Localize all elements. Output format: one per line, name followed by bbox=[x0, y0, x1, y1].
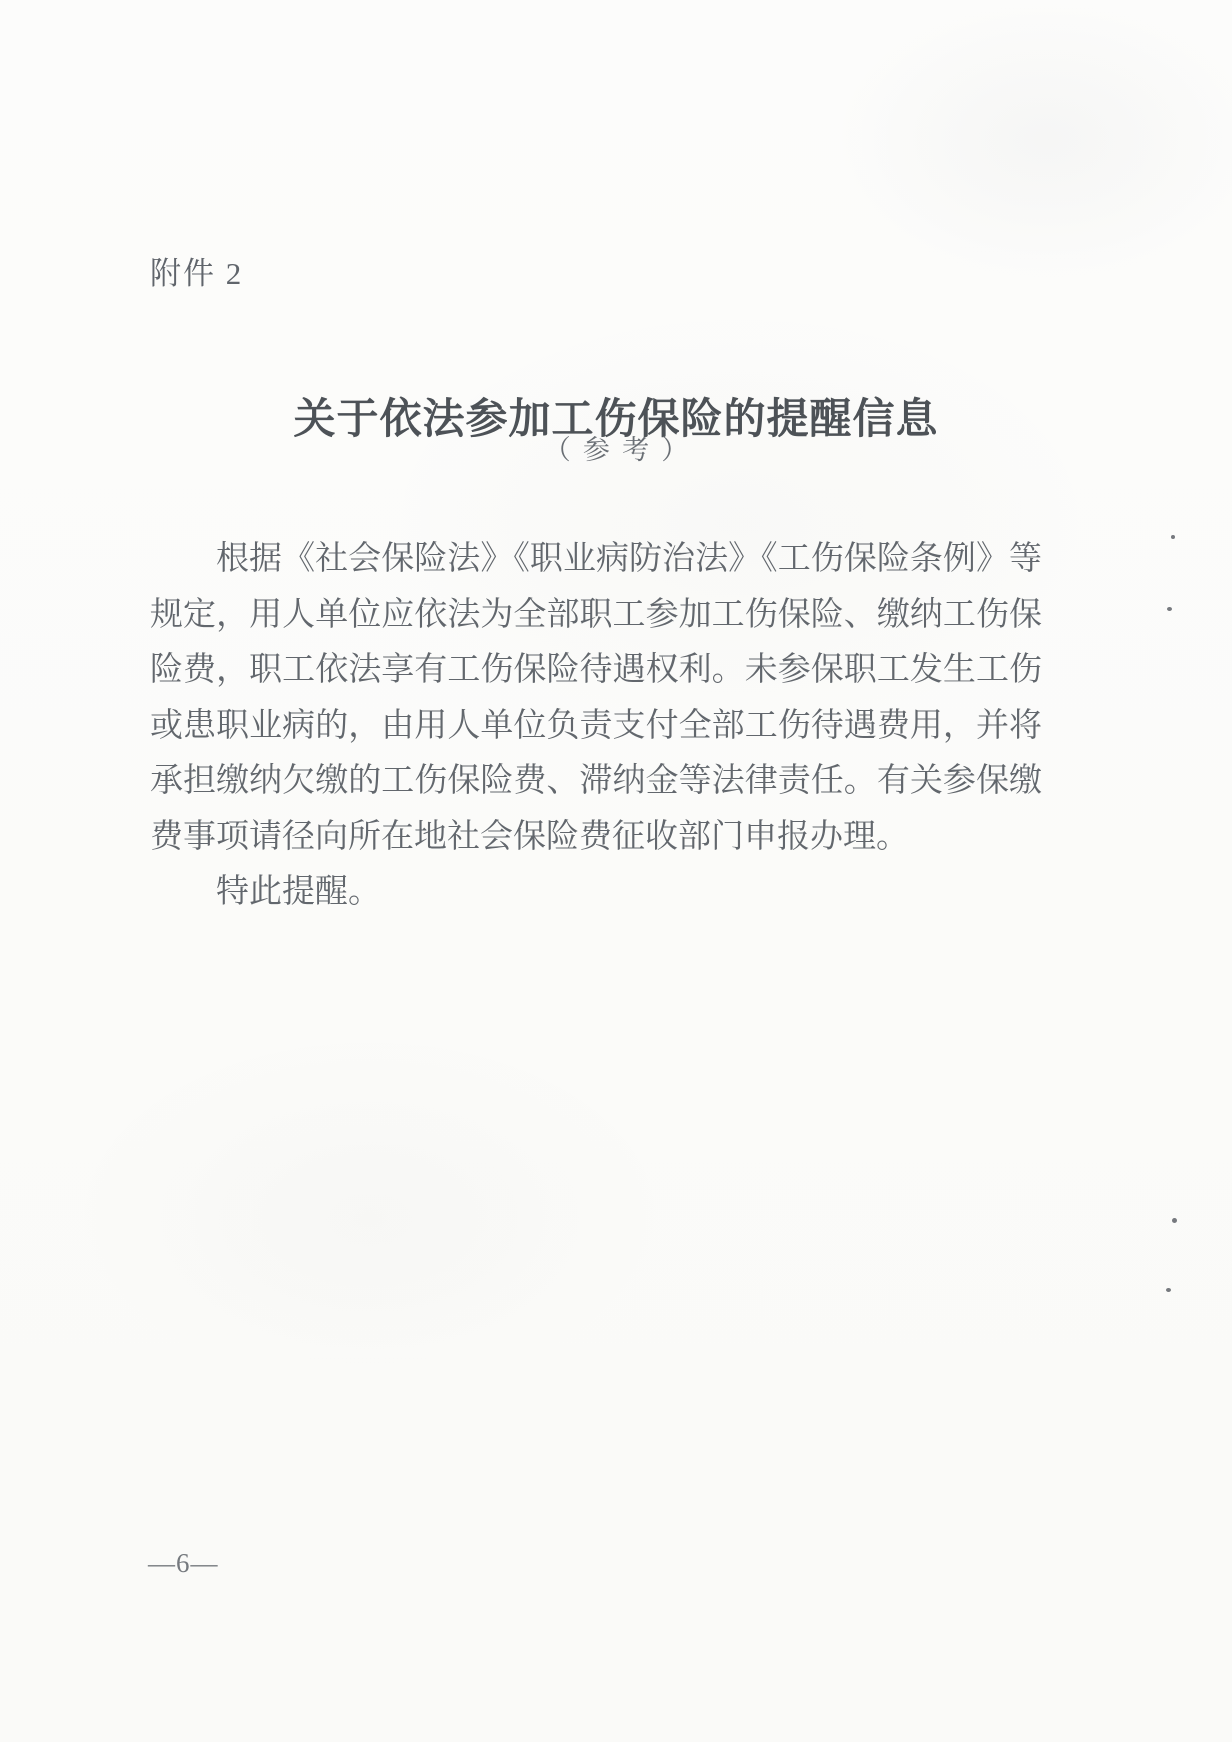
body-paragraph-2: 特此提醒。 bbox=[150, 865, 1042, 921]
scan-speck bbox=[1166, 1288, 1171, 1292]
scan-speck bbox=[1167, 607, 1172, 611]
page-number: —6— bbox=[148, 1548, 219, 1579]
attachment-label: 附件 2 bbox=[150, 248, 243, 293]
body-paragraph-1: 根据《社会保险法》《职业病防治法》《工伤保险条例》等规定，用人单位应依法为全部职… bbox=[150, 532, 1042, 865]
scan-speck bbox=[1172, 1218, 1177, 1223]
document-body: 根据《社会保险法》《职业病防治法》《工伤保险条例》等规定，用人单位应依法为全部职… bbox=[150, 532, 1042, 921]
document-subtitle: （参考） bbox=[0, 428, 1232, 467]
scanned-document-page: 附件 2 关于依法参加工伤保险的提醒信息 （参考） 根据《社会保险法》《职业病防… bbox=[0, 0, 1232, 1742]
scan-speck bbox=[1171, 535, 1175, 539]
